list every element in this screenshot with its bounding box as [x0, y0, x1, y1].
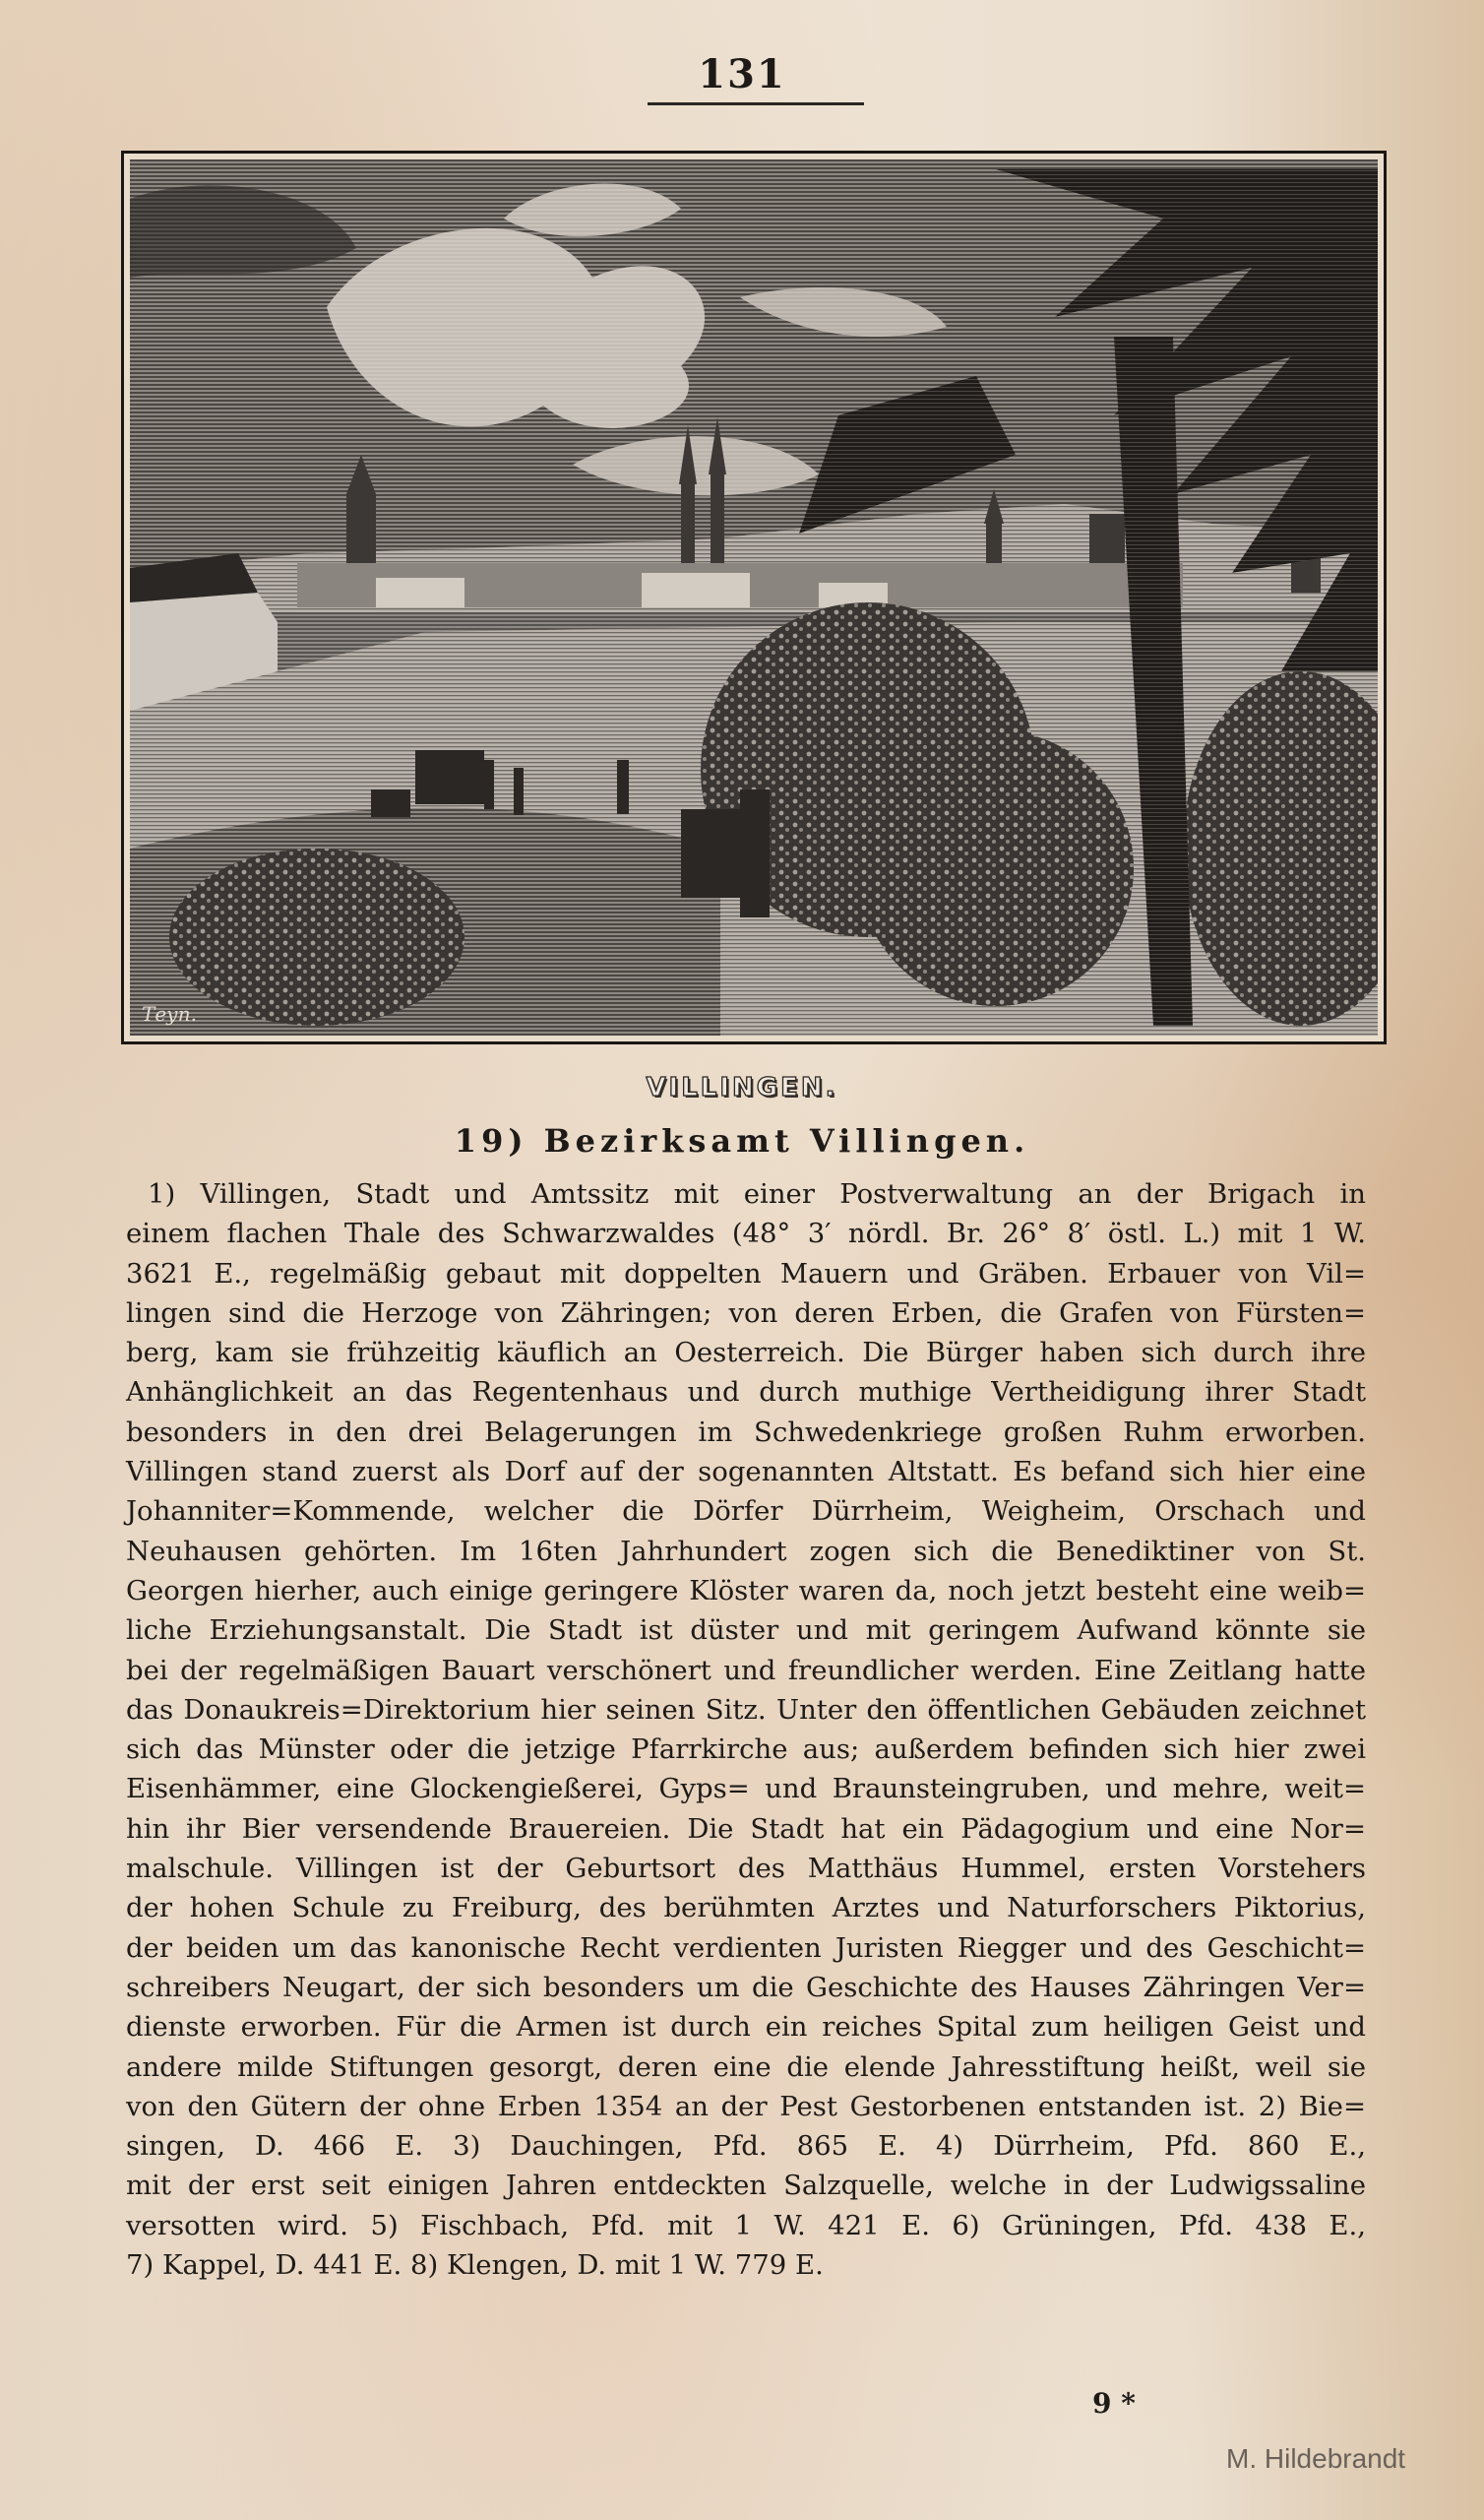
- text-line: dienste erworben. Für die Armen ist durc…: [126, 2007, 1366, 2047]
- text-line: von den Gütern der ohne Erben 1354 an de…: [126, 2087, 1366, 2126]
- text-line: 7) Kappel, D. 441 E. 8) Klengen, D. mit …: [126, 2245, 1366, 2285]
- illustration-caption: VILLINGEN.: [0, 1073, 1484, 1102]
- text-line: bei der regelmäßigen Bauart verschönert …: [126, 1651, 1366, 1690]
- text-line: das Donaukreis=Direktorium hier seinen S…: [126, 1690, 1366, 1730]
- text-line: Georgen hierher, auch einige geringere K…: [126, 1571, 1366, 1610]
- page-number: 131: [0, 51, 1484, 97]
- engraving-illustration: Tеуп.: [121, 151, 1387, 1044]
- text-line: Villingen stand zuerst als Dorf auf der …: [126, 1452, 1366, 1491]
- text-line: berg, kam sie frühzeitig käuflich an Oes…: [126, 1333, 1366, 1372]
- text-line: Johanniter=Kommende, welcher die Dörfer …: [126, 1491, 1366, 1531]
- body-text: 1) Villingen, Stadt und Amtssitz mit ein…: [126, 1174, 1366, 2285]
- text-line: liche Erziehungsanstalt. Die Stadt ist d…: [126, 1610, 1366, 1650]
- watermark: M. Hildebrandt: [1226, 2443, 1405, 2475]
- section-heading: 19) Bezirksamt Villingen.: [0, 1122, 1484, 1160]
- text-line: singen, D. 466 E. 3) Dauchingen, Pfd. 86…: [126, 2126, 1366, 2166]
- text-line: der beiden um das kanonische Recht verdi…: [126, 1928, 1366, 1968]
- text-line: schreibers Neugart, der sich besonders u…: [126, 1968, 1366, 2007]
- header-rule: [648, 102, 864, 105]
- text-line: besonders in den drei Belagerungen im Sc…: [126, 1413, 1366, 1452]
- text-line: einem flachen Thale des Schwarzwaldes (4…: [126, 1214, 1366, 1253]
- text-line: mit der erst seit einigen Jahren entdeck…: [126, 2166, 1366, 2205]
- printer-signature-mark: 9 *: [1092, 2387, 1136, 2420]
- text-line: Neuhausen gehörten. Im 16ten Jahrhundert…: [126, 1532, 1366, 1571]
- text-line: hin ihr Bier versendende Brauereien. Die…: [126, 1809, 1366, 1849]
- text-line: 1) Villingen, Stadt und Amtssitz mit ein…: [126, 1174, 1366, 1214]
- text-line: malschule. Villingen ist der Geburtsort …: [126, 1849, 1366, 1888]
- villingen-landscape-drawing: [130, 159, 1378, 1036]
- text-line: lingen sind die Herzoge von Zähringen; v…: [126, 1293, 1366, 1333]
- text-line: andere milde Stiftungen gesorgt, deren e…: [126, 2047, 1366, 2087]
- text-line: Eisenhämmer, eine Glockengießerei, Gyps=…: [126, 1769, 1366, 1808]
- text-line: 3621 E., regelmäßig gebaut mit doppelten…: [126, 1254, 1366, 1293]
- text-line: versotten wird. 5) Fischbach, Pfd. mit 1…: [126, 2206, 1366, 2245]
- artist-signature: Tеуп.: [142, 1002, 197, 1026]
- text-line: Anhänglichkeit an das Regentenhaus und d…: [126, 1372, 1366, 1412]
- text-line: sich das Münster oder die jetzige Pfarrk…: [126, 1730, 1366, 1769]
- engraving-image: Tеуп.: [130, 159, 1378, 1036]
- text-line: der hohen Schule zu Freiburg, des berühm…: [126, 1888, 1366, 1927]
